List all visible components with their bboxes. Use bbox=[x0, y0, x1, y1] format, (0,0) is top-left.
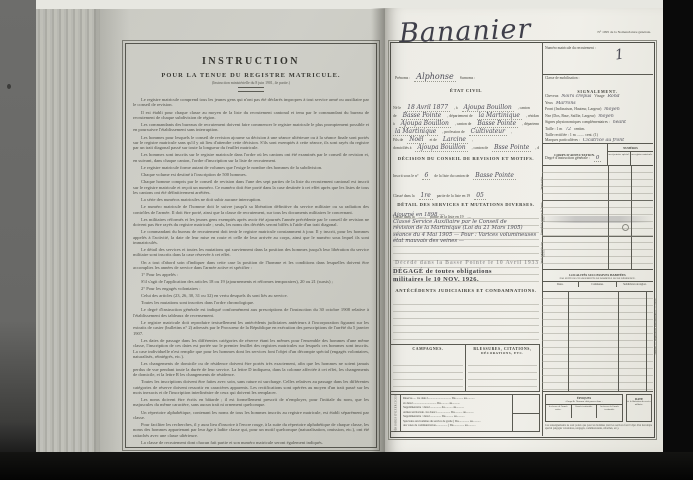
matricule-label: Numéro matricule du recrutement : bbox=[545, 46, 597, 51]
group-label-territoriale: Armée territoriale et sa réserve. bbox=[541, 238, 550, 268]
col-communes: Communes. bbox=[579, 282, 616, 287]
scan-background-left bbox=[0, 0, 36, 458]
instruction-paragraph: Il est établi pour chaque classe au moye… bbox=[133, 110, 369, 121]
liberation-date-box: DATE de la libération du service militai… bbox=[626, 394, 652, 422]
etat-civil-line: domiciliés à Ajoupa Bouillon , canton de… bbox=[393, 136, 539, 154]
services-title: DÉTAIL DES SERVICES ET MUTATIONS DIVERSE… bbox=[393, 202, 539, 207]
corps-affectation-header: CORPS D'AFFECTATION. NUMÉROS au répertoi… bbox=[542, 144, 653, 166]
instruction-paragraph: Le registre matricule doit reproduire te… bbox=[133, 320, 369, 336]
scan-background-right bbox=[663, 0, 693, 480]
campagnes-blessures-row: CAMPAGNES. BLESSURES, CITATIONS, DÉCORAT… bbox=[390, 344, 540, 392]
localites-columns: Dates. Communes. Subdivision de région. bbox=[542, 281, 653, 287]
scan-background-bottom bbox=[0, 452, 693, 480]
signalement-box: SIGNALEMENT. Cheveux Noirs crépus Visage… bbox=[542, 88, 653, 144]
blessures-cell: BLESSURES, CITATIONS, DÉCORATIONS, ETC. bbox=[465, 345, 539, 391]
service-entry: Ajourné en 1898 — bbox=[393, 212, 539, 219]
print-label: partie de la liste en 19 bbox=[437, 194, 470, 198]
epoques-table: ÉPOQUES à laquelle l'homme doit passer d… bbox=[545, 394, 623, 422]
group-divider bbox=[542, 236, 653, 237]
antecedents-box: ANTÉCÉDENTS JUDICIAIRES ET CONDAMNATIONS… bbox=[393, 288, 539, 342]
deces-stamp: Décédé dans la Basse Pointe le 10 Avril … bbox=[395, 260, 539, 266]
print-label: , canton de bbox=[472, 146, 489, 150]
decision-line: Classé dans la 1re partie de la liste en… bbox=[393, 184, 539, 202]
epoques-footnote: Ces renseignements ne sont portés que po… bbox=[545, 424, 652, 430]
degage-stamp-line2: militaires le 10 NOV. 1926. bbox=[393, 276, 539, 283]
localites-subtitle: PAR SUITE DE CHANGEMENTS DE DOMICILE OU … bbox=[542, 277, 653, 280]
matricule-number-cell: Numéro matricule du recrutement : 1 bbox=[545, 46, 649, 64]
instruction-page: INSTRUCTION POUR LA TENUE DU REGISTRE MA… bbox=[36, 9, 385, 452]
print-label: Taille : 1 m bbox=[545, 127, 562, 131]
col-reserve-territoriale: la réserve de l'armée territoriale. bbox=[597, 405, 622, 418]
print-label: de la liste du canton de bbox=[434, 174, 469, 178]
print-label: Yeux bbox=[545, 101, 553, 105]
instruction-paragraph: Toutes les inscriptions doivent être fai… bbox=[133, 379, 369, 395]
localites-header: LOCALITÉS SUCCESSIVES HABITÉES PAR SUITE… bbox=[542, 272, 653, 292]
corps-title: CORPS D'AFFECTATION. bbox=[542, 144, 608, 166]
decision-line: Inscrit sous le n° 6 de la liste du cant… bbox=[393, 164, 539, 182]
instruction-paragraph: Un répertoire alphabétique, contenant le… bbox=[133, 410, 369, 421]
col-subdivision: Subdivision de région. bbox=[617, 282, 653, 287]
instruction-paragraph: S'il s'agit de l'application des article… bbox=[133, 279, 369, 284]
instruction-paragraph: 2° Pour les engagés volontaires : bbox=[133, 286, 369, 291]
degage-stamp-line1: DÉGAGÉ de toutes obligations bbox=[393, 268, 539, 275]
matricule-value: 1 bbox=[614, 46, 625, 63]
column-divider bbox=[568, 292, 569, 392]
handwritten-value: 05 bbox=[474, 192, 486, 200]
handwritten-value: moyen bbox=[596, 114, 615, 119]
periodes-rows: Réserve..... 1re dans l.................… bbox=[401, 395, 512, 431]
instruction-paragraph: 1° Pour les appelés : bbox=[133, 272, 369, 277]
handwritten-value: Basse Pointe bbox=[473, 172, 516, 180]
print-label: Signes physionomiques complémentaires : bbox=[545, 120, 610, 124]
numeros-header: NUMÉROS bbox=[608, 144, 653, 152]
instruction-note: (Instruction ministérielle du 8 juin 190… bbox=[133, 81, 369, 85]
instruction-paragraph: Les changements de domicile ou de réside… bbox=[133, 361, 369, 377]
printer-imprint: Melun. — Imprimerie administrative. — 19… bbox=[653, 298, 663, 355]
registrant-surname: Bananier bbox=[398, 14, 531, 50]
col-territoriale: l'armée territoriale. bbox=[572, 405, 598, 418]
blessures-subtitle: DÉCORATIONS, ETC. bbox=[466, 351, 539, 355]
group-divider bbox=[542, 200, 653, 201]
etat-civil-title: ÉTAT CIVIL bbox=[393, 88, 539, 93]
firstname-label: Prénoms : bbox=[395, 76, 410, 80]
ruled-lines bbox=[393, 359, 463, 389]
col-dates: Dates. bbox=[542, 282, 579, 287]
print-label: , département bbox=[535, 146, 539, 150]
ornament-rule bbox=[238, 87, 264, 92]
faded-stamp-smudge bbox=[542, 216, 653, 223]
matricule-form-page: N° 1095 de la Nomenclature générale. Ban… bbox=[385, 8, 663, 452]
handwritten-value: 1re bbox=[419, 192, 433, 200]
handwritten-value: 6 bbox=[422, 172, 430, 180]
print-label: Taille rectifiée : 1 m ........ cent. (1… bbox=[545, 133, 598, 137]
epoques-columns: la réserve de l'armée active. l'armée te… bbox=[546, 404, 622, 418]
instruction-paragraph: On a tout d'abord soin d'indiquer dans c… bbox=[133, 260, 369, 271]
column-divider bbox=[646, 292, 647, 392]
instruction-paragraph: Le registre matricule comprend tous les … bbox=[133, 97, 369, 108]
page-stack-edges bbox=[36, 9, 100, 452]
instruction-paragraph: Les hommes sont inscrits sur le registre… bbox=[133, 152, 369, 163]
print-label: Visage bbox=[594, 94, 604, 98]
scan-speck bbox=[622, 224, 629, 231]
firstname-value: Alphonse bbox=[414, 72, 455, 82]
instruction-frame: INSTRUCTION POUR LA TENUE DU REGISTRE MA… bbox=[125, 43, 377, 448]
antecedents-title: ANTÉCÉDENTS JUDICIAIRES ET CONDAMNATIONS… bbox=[393, 288, 539, 293]
handwritten-value: Rond bbox=[605, 94, 621, 99]
instruction-paragraph: Le degré d'instruction générale est indi… bbox=[133, 307, 369, 318]
surname-label: Surnoms : bbox=[460, 76, 476, 80]
campagnes-title: CAMPAGNES. bbox=[391, 347, 465, 351]
print-label: Classé dans la bbox=[393, 194, 415, 198]
instruction-title: INSTRUCTION bbox=[133, 56, 369, 67]
date-subtitle: de la libération du service militaire. bbox=[627, 401, 651, 406]
handwritten-value: Bsse Pointe bbox=[492, 144, 531, 152]
print-label: centim. bbox=[574, 127, 585, 131]
print-label: Marques particulières : bbox=[545, 138, 580, 142]
instruction-paragraph: Les noms doivent être écrits en bâtarde … bbox=[133, 397, 369, 408]
instruction-paragraph: Toutes les mutations sont inscrites dans… bbox=[133, 300, 369, 305]
print-label: Front (Inclinaison, Hauteur, Largeur) bbox=[545, 107, 601, 111]
service-entry: révision de la Martinique (Loi du 21 Mar… bbox=[393, 225, 539, 232]
instruction-paragraph: Le numéro matricule de l'homme doit le s… bbox=[133, 204, 369, 215]
handwritten-value: Noirs crépus bbox=[559, 94, 593, 99]
handwritten-value: Ajoupa Bouillon bbox=[415, 144, 467, 152]
numeros-col2: au registre matricule. bbox=[631, 152, 653, 166]
instruction-paragraph: Chaque volume est destiné à l'inscriptio… bbox=[133, 172, 369, 177]
instruction-subtitle: POUR LA TENUE DU REGISTRE MATRICULE. bbox=[133, 72, 369, 79]
instruction-paragraph: La série des numéros matricules ne doit … bbox=[133, 197, 369, 202]
scanned-register-spread: INSTRUCTION POUR LA TENUE DU REGISTRE MA… bbox=[0, 0, 693, 480]
group-label-armee-active: Armée active. bbox=[541, 168, 550, 198]
firstname-row: Prénoms : Alphonse Surnoms : bbox=[395, 66, 539, 84]
handwritten-value: moyen bbox=[602, 107, 621, 112]
handwritten-value: Marrons bbox=[554, 101, 578, 106]
services-box: DÉTAIL DES SERVICES ET MUTATIONS DIVERSE… bbox=[393, 202, 539, 286]
instruction-paragraph: Celui des articles (23, 26, 30, 31 ou 32… bbox=[133, 293, 369, 298]
periodes-side-cells bbox=[512, 395, 539, 431]
periode-row: des voies de communication..............… bbox=[403, 423, 510, 428]
epoques-subtitle: à laquelle l'homme doit passer dans : bbox=[546, 400, 622, 403]
localites-table bbox=[542, 292, 653, 392]
instruction-paragraph: La classe de recrutement dont chacun fai… bbox=[133, 440, 369, 445]
periodes-exercices-box: PÉRIODES D'EXERCICES Réserve..... 1re da… bbox=[390, 394, 540, 432]
print-label: Cheveux bbox=[545, 94, 559, 98]
epoques-box: ÉPOQUES à laquelle l'homme doit passer d… bbox=[542, 394, 653, 432]
scan-speck bbox=[7, 84, 11, 89]
handwritten-value: Cicatrice au front bbox=[581, 138, 626, 143]
handwritten-value: néant bbox=[611, 120, 628, 125]
instruction-paragraph: Le commandant du bureau de recrutement d… bbox=[133, 229, 369, 245]
nomenclature-note: N° 1095 de la Nomenclature générale. bbox=[535, 30, 651, 34]
ruled-lines bbox=[468, 359, 537, 389]
classe-mobilisation-cell: Classe de mobilisation : bbox=[545, 76, 649, 80]
instruction-body: Le registre matricule comprend tous les … bbox=[133, 97, 369, 445]
instruction-paragraph: Le détail des services et toutes les mut… bbox=[133, 247, 369, 258]
instruction-paragraph: Pour faciliter les recherches, il y aura… bbox=[133, 422, 369, 438]
ruled-lines bbox=[393, 298, 539, 342]
matricule-divider bbox=[542, 74, 653, 75]
instruction-paragraph: Les commandants des bureaux de recruteme… bbox=[133, 122, 369, 133]
periodes-vertical-label: PÉRIODES D'EXERCICES bbox=[391, 395, 401, 431]
print-label: Inscrit sous le n° bbox=[393, 174, 418, 178]
print-label: Nez (Dos, Base, Saillie, Largeur) bbox=[545, 114, 595, 118]
col-reserve-active: la réserve de l'armée active. bbox=[546, 405, 572, 418]
service-entry: état mauvais des veines — bbox=[393, 238, 539, 245]
decision-title: DÉCISION DU CONSEIL DE REVISION ET MOTIF… bbox=[393, 156, 539, 161]
instruction-paragraph: Les dates de passage dans les différente… bbox=[133, 338, 369, 360]
instruction-paragraph: Les militaires réformés et les jeunes ge… bbox=[133, 217, 369, 228]
column-divider bbox=[618, 292, 619, 392]
instruction-paragraph: Le registre matricule forme autant de vo… bbox=[133, 165, 369, 170]
instruction-paragraph: Chaque homme compris par le conseil de r… bbox=[133, 179, 369, 195]
numeros-col1: au répertoire spécial. bbox=[608, 152, 631, 166]
campagnes-cell: CAMPAGNES. bbox=[391, 345, 465, 391]
print-label: domiciliés à bbox=[393, 146, 411, 150]
handwritten-value: 72 bbox=[563, 127, 573, 132]
instruction-paragraph: Les hommes pour lesquels le conseil de r… bbox=[133, 135, 369, 151]
